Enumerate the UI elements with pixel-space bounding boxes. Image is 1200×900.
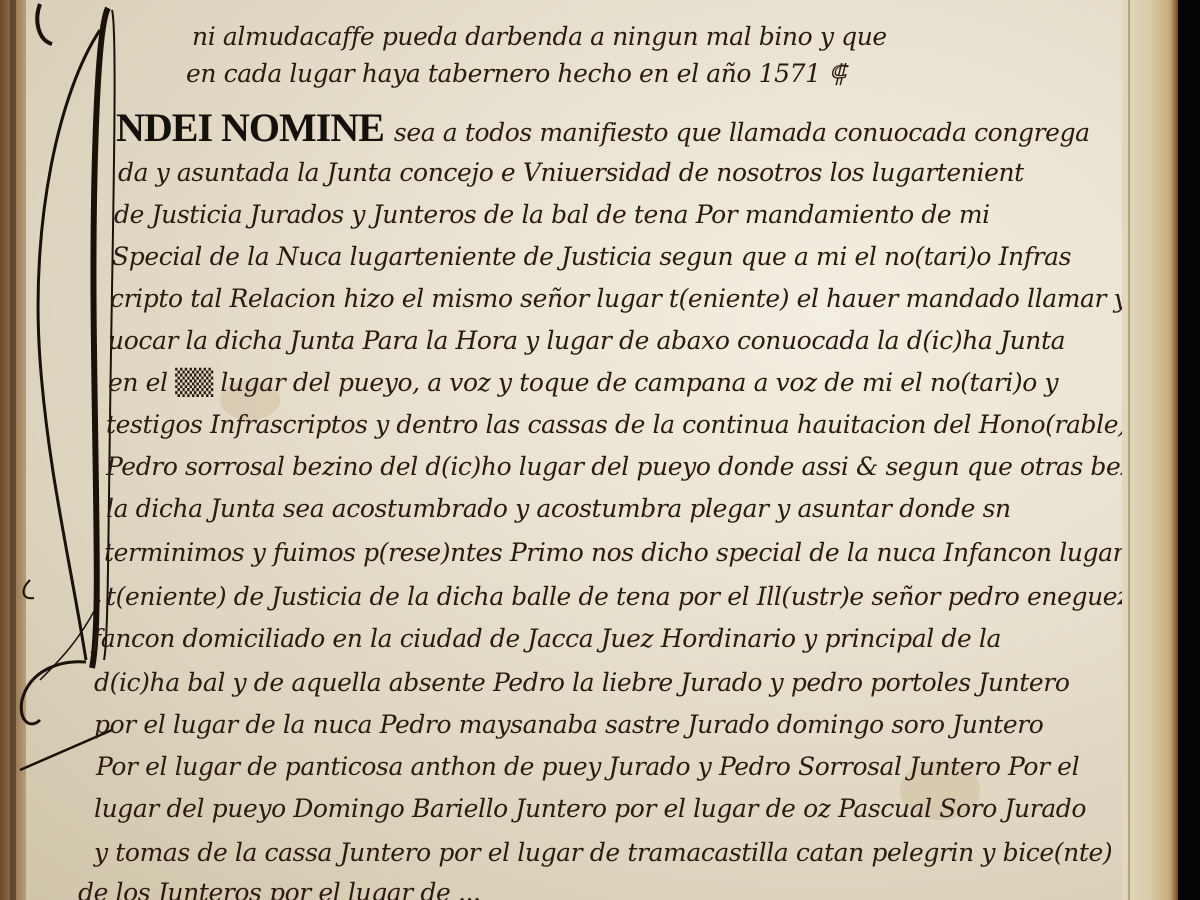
text-line: Special de la Nuca lugarteniente de Just… [112,242,1071,271]
text-line: de Justicia Jurados y Junteros de la bal… [114,200,990,229]
text-line: lugar del pueyo Domingo Bariello Juntero… [94,794,1086,823]
text-line: fancon domiciliado en la ciudad de Jacca… [92,624,1001,653]
text-line: cripto tal Relacion hizo el mismo señor … [110,284,1178,313]
text-line: ni almudacaffe pueda darbenda a ningun m… [192,22,887,51]
page-edge [1122,0,1178,900]
text-line: de los Junteros por el lugar de ... [78,878,481,900]
text-line: t(eniente) de Justicia de la dicha balle… [106,582,1163,611]
manuscript-page: ni almudacaffe pueda darbenda a ningun m… [0,0,1178,900]
manuscript-text: ni almudacaffe pueda darbenda a ningun m… [88,0,1098,900]
text-line: Por el lugar de panticosa anthon de puey… [96,752,1079,781]
margin-rule [1128,0,1130,900]
text-line: la dicha Junta sea acostumbrado y acostu… [106,494,1011,523]
text-line: en cada lugar haya tabernero hecho en el… [186,56,846,90]
text-line-heading: NDEI NOMINEsea a todos manifiesto que ll… [116,104,1090,151]
text-line: Pedro sorrosal bezino del d(ic)ho lugar … [106,452,1160,481]
background-edge [1178,0,1200,900]
text-line: da y asuntada la Junta concejo e Vniuers… [118,158,1024,187]
text-line: terminimos y fuimos p(rese)ntes Primo no… [104,538,1124,567]
text-line: uocar la dicha Junta Para la Hora y luga… [108,326,1065,355]
text-line: sea a todos manifiesto que llamada conuo… [394,118,1090,147]
text-line: y tomas de la cassa Juntero por el lugar… [94,838,1112,867]
text-line: testigos Infrascriptos y dentro las cass… [106,410,1127,439]
text-line: por el lugar de la nuca Pedro maysanaba … [94,710,1043,739]
invocation-heading: NDEI NOMINE [116,105,384,150]
text-line: d(ic)ha bal y de aquella absente Pedro l… [94,668,1070,697]
text-line: en el ▒▒ lugar del pueyo, a voz y toque … [108,368,1058,397]
